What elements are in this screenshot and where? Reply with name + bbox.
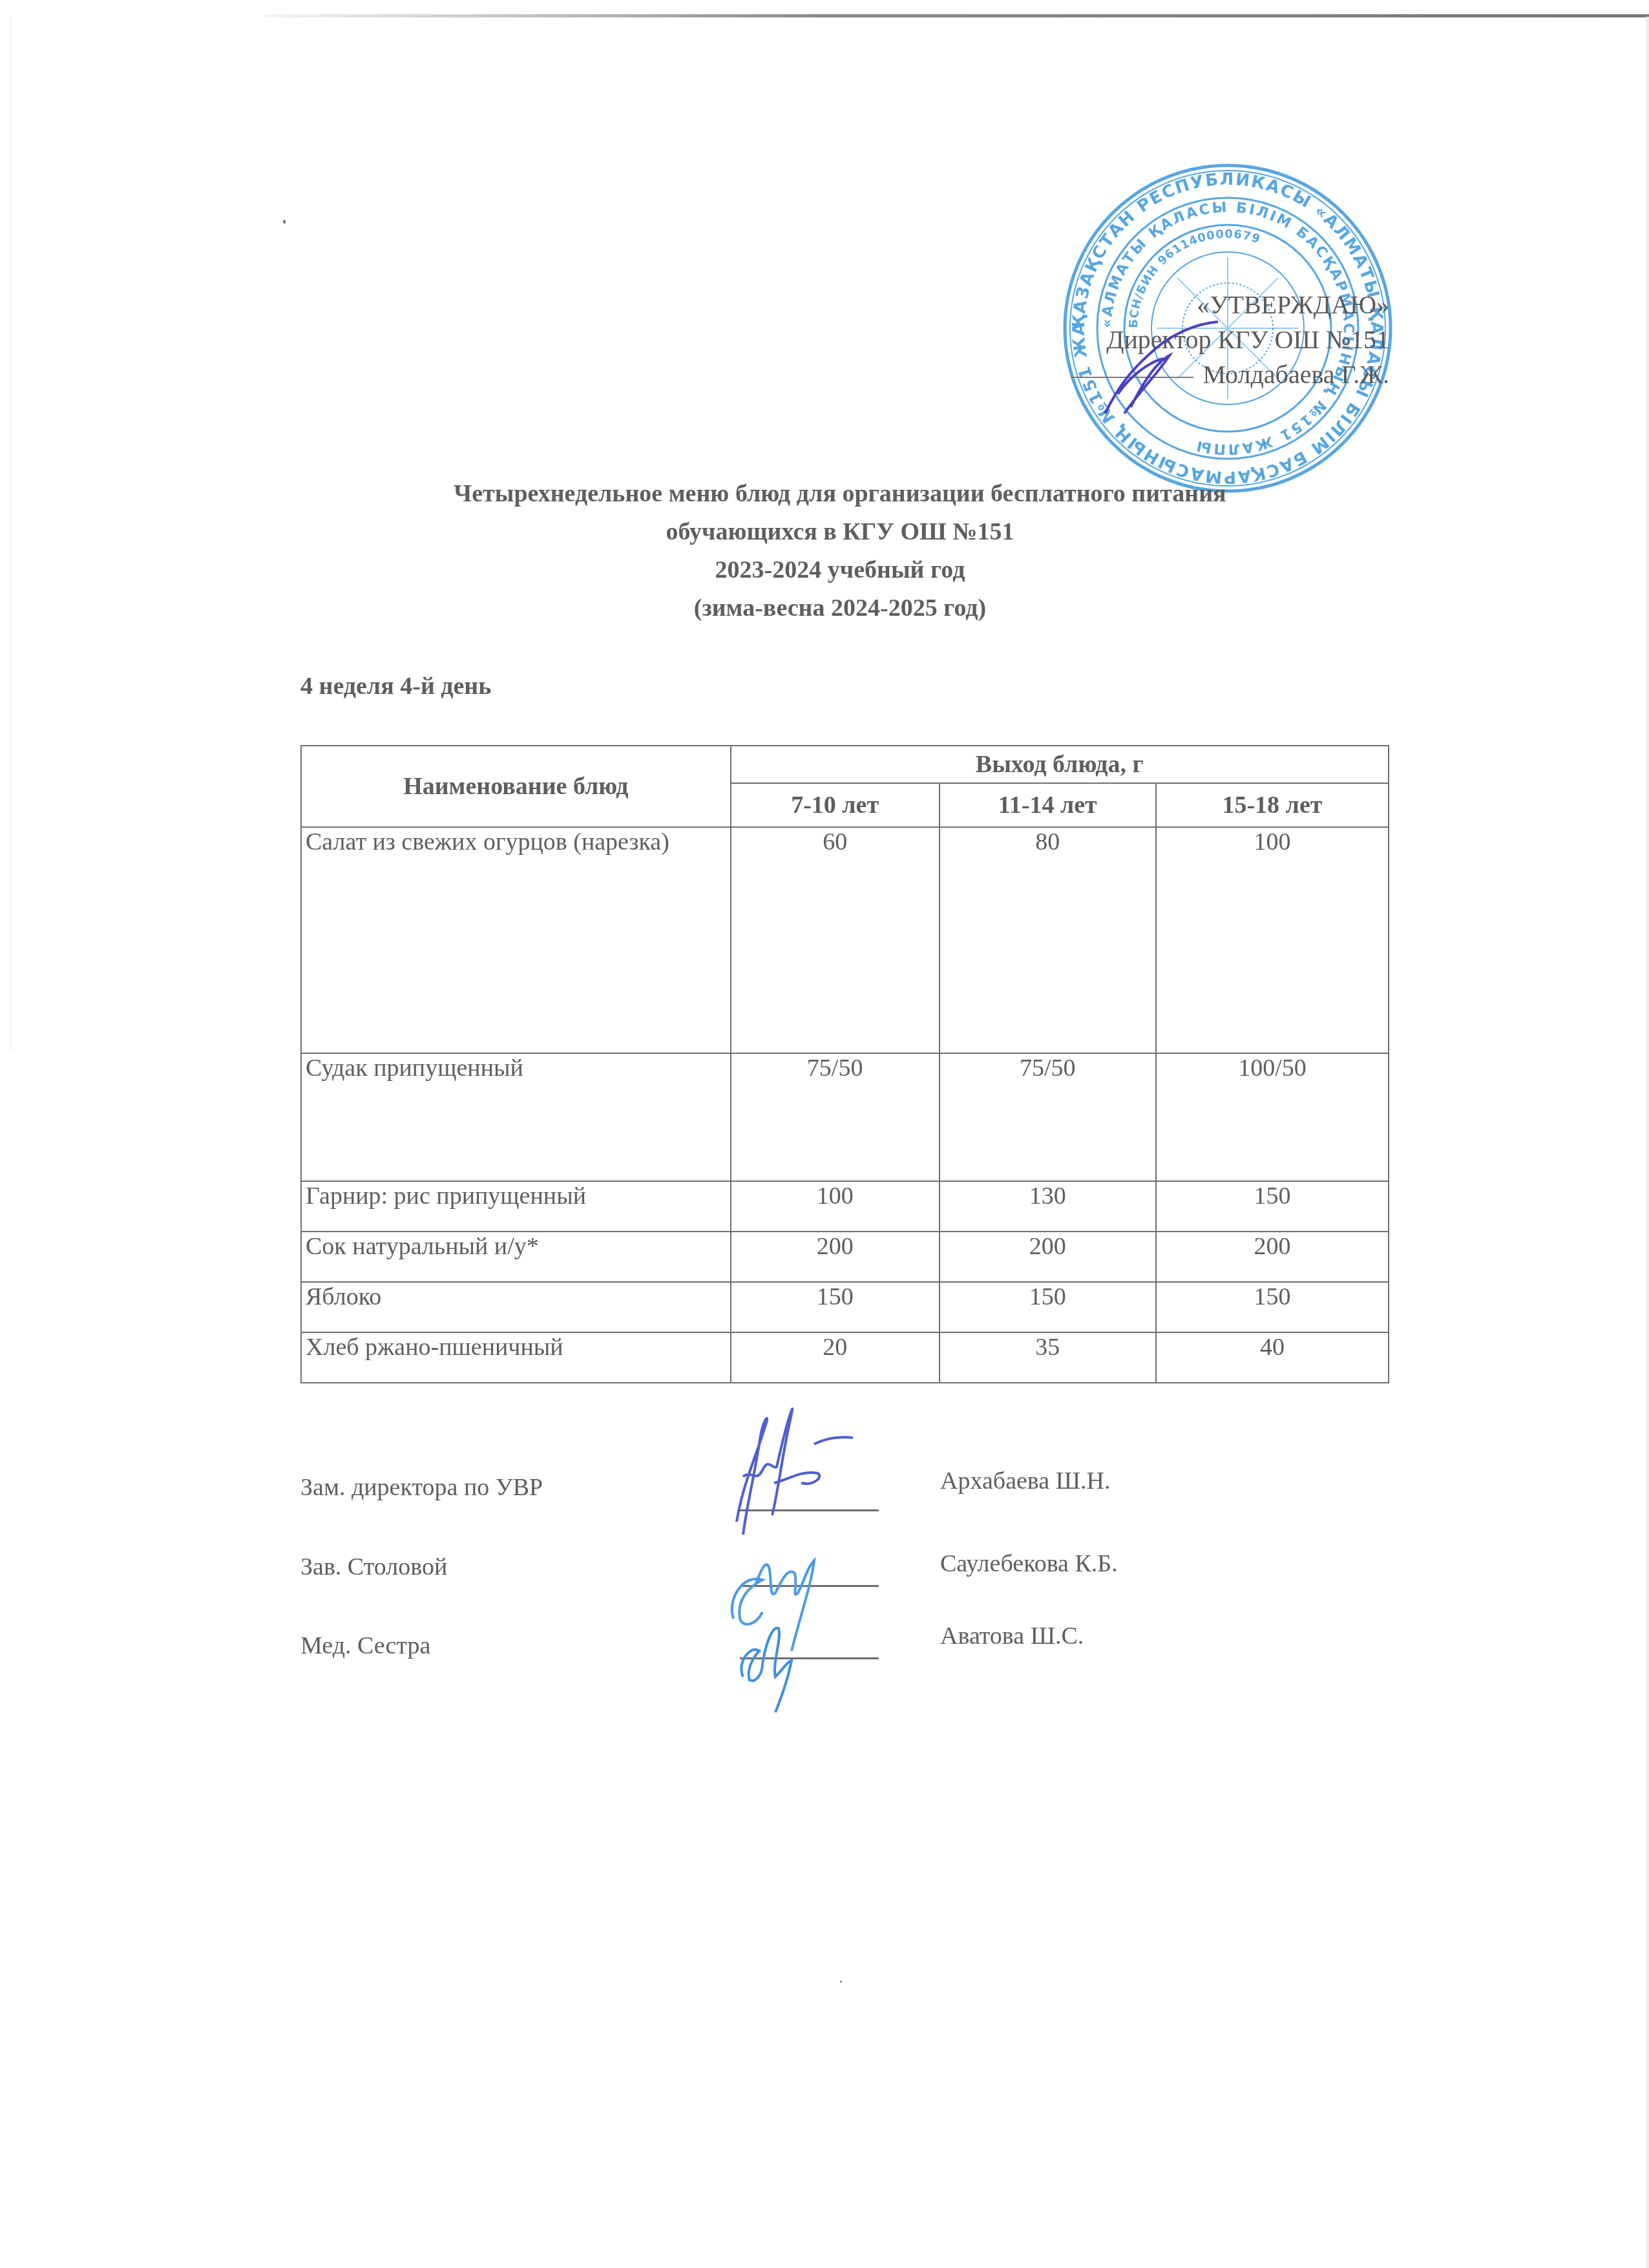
portion-value: 60 — [731, 827, 940, 1053]
title-line-3: 2023-2024 учебный год — [246, 551, 1434, 589]
header-age-11-14: 11-14 лет — [940, 783, 1156, 827]
document-title: Четырехнедельное меню блюд для организац… — [246, 475, 1434, 627]
scan-speck — [283, 220, 286, 224]
portion-value: 40 — [1156, 1332, 1389, 1383]
dish-name: Сок натуральный и/у* — [301, 1232, 731, 1282]
portion-value: 200 — [1156, 1232, 1389, 1282]
approval-signature-line — [1071, 377, 1193, 378]
header-age-7-10: 7-10 лет — [731, 783, 940, 827]
dish-name: Салат из свежих огурцов (нарезка) — [301, 827, 731, 1053]
table-row: Яблоко 150 150 150 — [301, 1282, 1389, 1332]
portion-value: 75/50 — [940, 1053, 1156, 1181]
table-row: Салат из свежих огурцов (нарезка) 60 80 … — [301, 827, 1389, 1053]
dish-name: Судак припущенный — [301, 1053, 731, 1181]
portion-value: 20 — [731, 1332, 940, 1383]
portion-value: 100/50 — [1156, 1053, 1389, 1181]
table-row: Сок натуральный и/у* 200 200 200 — [301, 1232, 1389, 1282]
signature-role: Зам. директора по УВР — [300, 1473, 543, 1502]
approval-label: «УТВЕРЖДАЮ» — [1027, 288, 1389, 322]
signature-name: Саулебекова К.Б. — [940, 1549, 1118, 1578]
dish-name: Яблоко — [301, 1282, 731, 1332]
signature-line — [740, 1657, 879, 1659]
dish-name: Гарнир: рис припущенный — [301, 1181, 731, 1232]
table-row: Хлеб ржано-пшеничный 20 35 40 — [301, 1332, 1389, 1383]
table-row: Гарнир: рис припущенный 100 130 150 — [301, 1181, 1389, 1232]
portion-value: 150 — [940, 1282, 1156, 1332]
title-line-2: обучающихся в КГУ ОШ №151 — [246, 513, 1434, 551]
signature-line — [740, 1509, 879, 1511]
approval-name: Молдабаева Г.Ж. — [1203, 360, 1389, 389]
table-row: Судак припущенный 75/50 75/50 100/50 — [301, 1053, 1389, 1181]
portion-value: 75/50 — [731, 1053, 940, 1181]
signature-role: Зав. Столовой — [300, 1553, 447, 1581]
portion-value: 80 — [940, 827, 1156, 1053]
portion-value: 150 — [1156, 1282, 1389, 1332]
signature-role: Мед. Сестра — [300, 1632, 430, 1660]
signature-name: Архабаева Ш.Н. — [940, 1467, 1110, 1495]
portion-value: 200 — [940, 1232, 1156, 1282]
handwritten-signatures-icon — [717, 1405, 898, 1716]
signature-name: Аватова Ш.С. — [940, 1622, 1084, 1650]
menu-table: Наименование блюд Выход блюда, г 7-10 ле… — [300, 745, 1389, 1383]
portion-value: 130 — [940, 1181, 1156, 1232]
scan-edge-right — [1646, 17, 1649, 2268]
portion-value: 35 — [940, 1332, 1156, 1383]
portion-value: 150 — [731, 1282, 940, 1332]
header-age-15-18: 15-18 лет — [1156, 783, 1389, 827]
scan-speck — [840, 1980, 842, 1983]
header-dish-name: Наименование блюд — [301, 746, 731, 827]
header-portion-yield: Выход блюда, г — [731, 746, 1389, 783]
portion-value: 100 — [1156, 827, 1389, 1053]
approval-position: Директор КГУ ОШ №151 — [1027, 322, 1389, 357]
scan-edge-left — [10, 17, 12, 1051]
dish-name: Хлеб ржано-пшеничный — [301, 1332, 731, 1383]
title-line-4: (зима-весна 2024-2025 год) — [246, 589, 1434, 627]
portion-value: 100 — [731, 1181, 940, 1232]
day-label: 4 неделя 4-й день — [300, 672, 491, 700]
portion-value: 150 — [1156, 1181, 1389, 1232]
title-line-1: Четырехнедельное меню блюд для организац… — [246, 475, 1434, 513]
portion-value: 200 — [731, 1232, 940, 1282]
signature-line — [740, 1585, 879, 1587]
scan-edge-top — [265, 14, 1649, 17]
approval-block: «УТВЕРЖДАЮ» Директор КГУ ОШ №151 Молдаба… — [1027, 288, 1389, 392]
